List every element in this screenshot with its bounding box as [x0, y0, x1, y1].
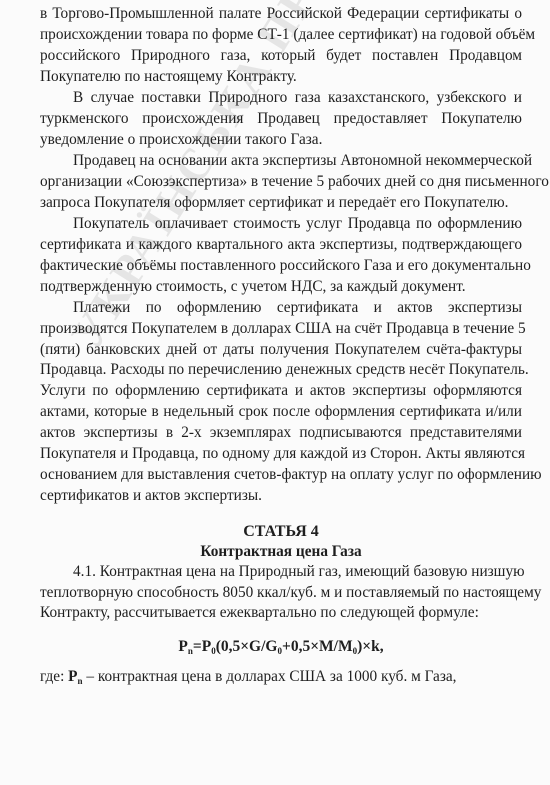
document-page: УКРАЇНСЬКА ПРАВДА в Торгово-Промышленной… [0, 0, 550, 785]
text-line: в Торгово-Промышленной палате Российской… [40, 4, 522, 24]
text-line: уведомление о происхождении такого Газа. [40, 130, 522, 150]
text-line: сертификата и каждого квартального акта … [40, 235, 522, 255]
text-line: сертификатов и актов экспертизы. [40, 486, 522, 506]
text-line: туркменского происхождения Продавец пред… [40, 109, 522, 129]
text-line: Контракту, рассчитывается ежеквартально … [40, 603, 522, 623]
price-formula: Pn=P0(0,5×G/G0+0,5×M/M0)×k, [40, 637, 522, 657]
text-line: фактические объёмы поставленного российс… [40, 256, 522, 276]
text-line: Покупателю по настоящему Контракту. [40, 67, 522, 87]
text-line: Услуги по оформлению сертификата и актов… [40, 381, 522, 401]
article-title: Контрактная цена Газа [40, 542, 522, 562]
text-line: происхождении товара по форме СТ-1 (дале… [40, 25, 522, 45]
text-line: Покупатель оплачивает стоимость услуг Пр… [73, 214, 522, 234]
text-line: актами, которые в недельный срок после о… [40, 402, 522, 422]
text-line: подтвержденную стоимость, с учетом НДС, … [40, 277, 522, 297]
text-line: теплотворную способность 8050 ккал/куб. … [40, 583, 522, 603]
text-line: Продавца. Расходы по перечислению денежн… [40, 360, 522, 380]
text-line: (пяти) банковских дней от даты получения… [40, 340, 522, 360]
text-line: 4.1. Контрактная цена на Природный газ, … [73, 562, 522, 582]
text-line: основанием для выставления счетов-фактур… [40, 465, 522, 485]
text-line: Покупателя и Продавца, по одному для каж… [40, 444, 522, 464]
text-line: В случае поставки Природного газа казахс… [73, 88, 522, 108]
article-number: СТАТЬЯ 4 [40, 522, 522, 542]
text-line: запроса Покупателя оформляет сертификат … [40, 193, 522, 213]
text-line: актов экспертизы в 2-х экземплярах подпи… [40, 423, 522, 443]
text-line: Платежи по оформлению сертификата и акто… [73, 298, 522, 318]
text-line: организации «Союзэкспертиза» в течение 5… [40, 172, 522, 192]
formula-definition-pn: где: Pn – контрактная цена в долларах СШ… [40, 667, 522, 687]
text-line: Продавец на основании акта экспертизы Ав… [73, 151, 522, 171]
text-line: производятся Покупателем в долларах США … [40, 319, 522, 339]
text-line: российского Природного газа, который буд… [40, 46, 522, 66]
